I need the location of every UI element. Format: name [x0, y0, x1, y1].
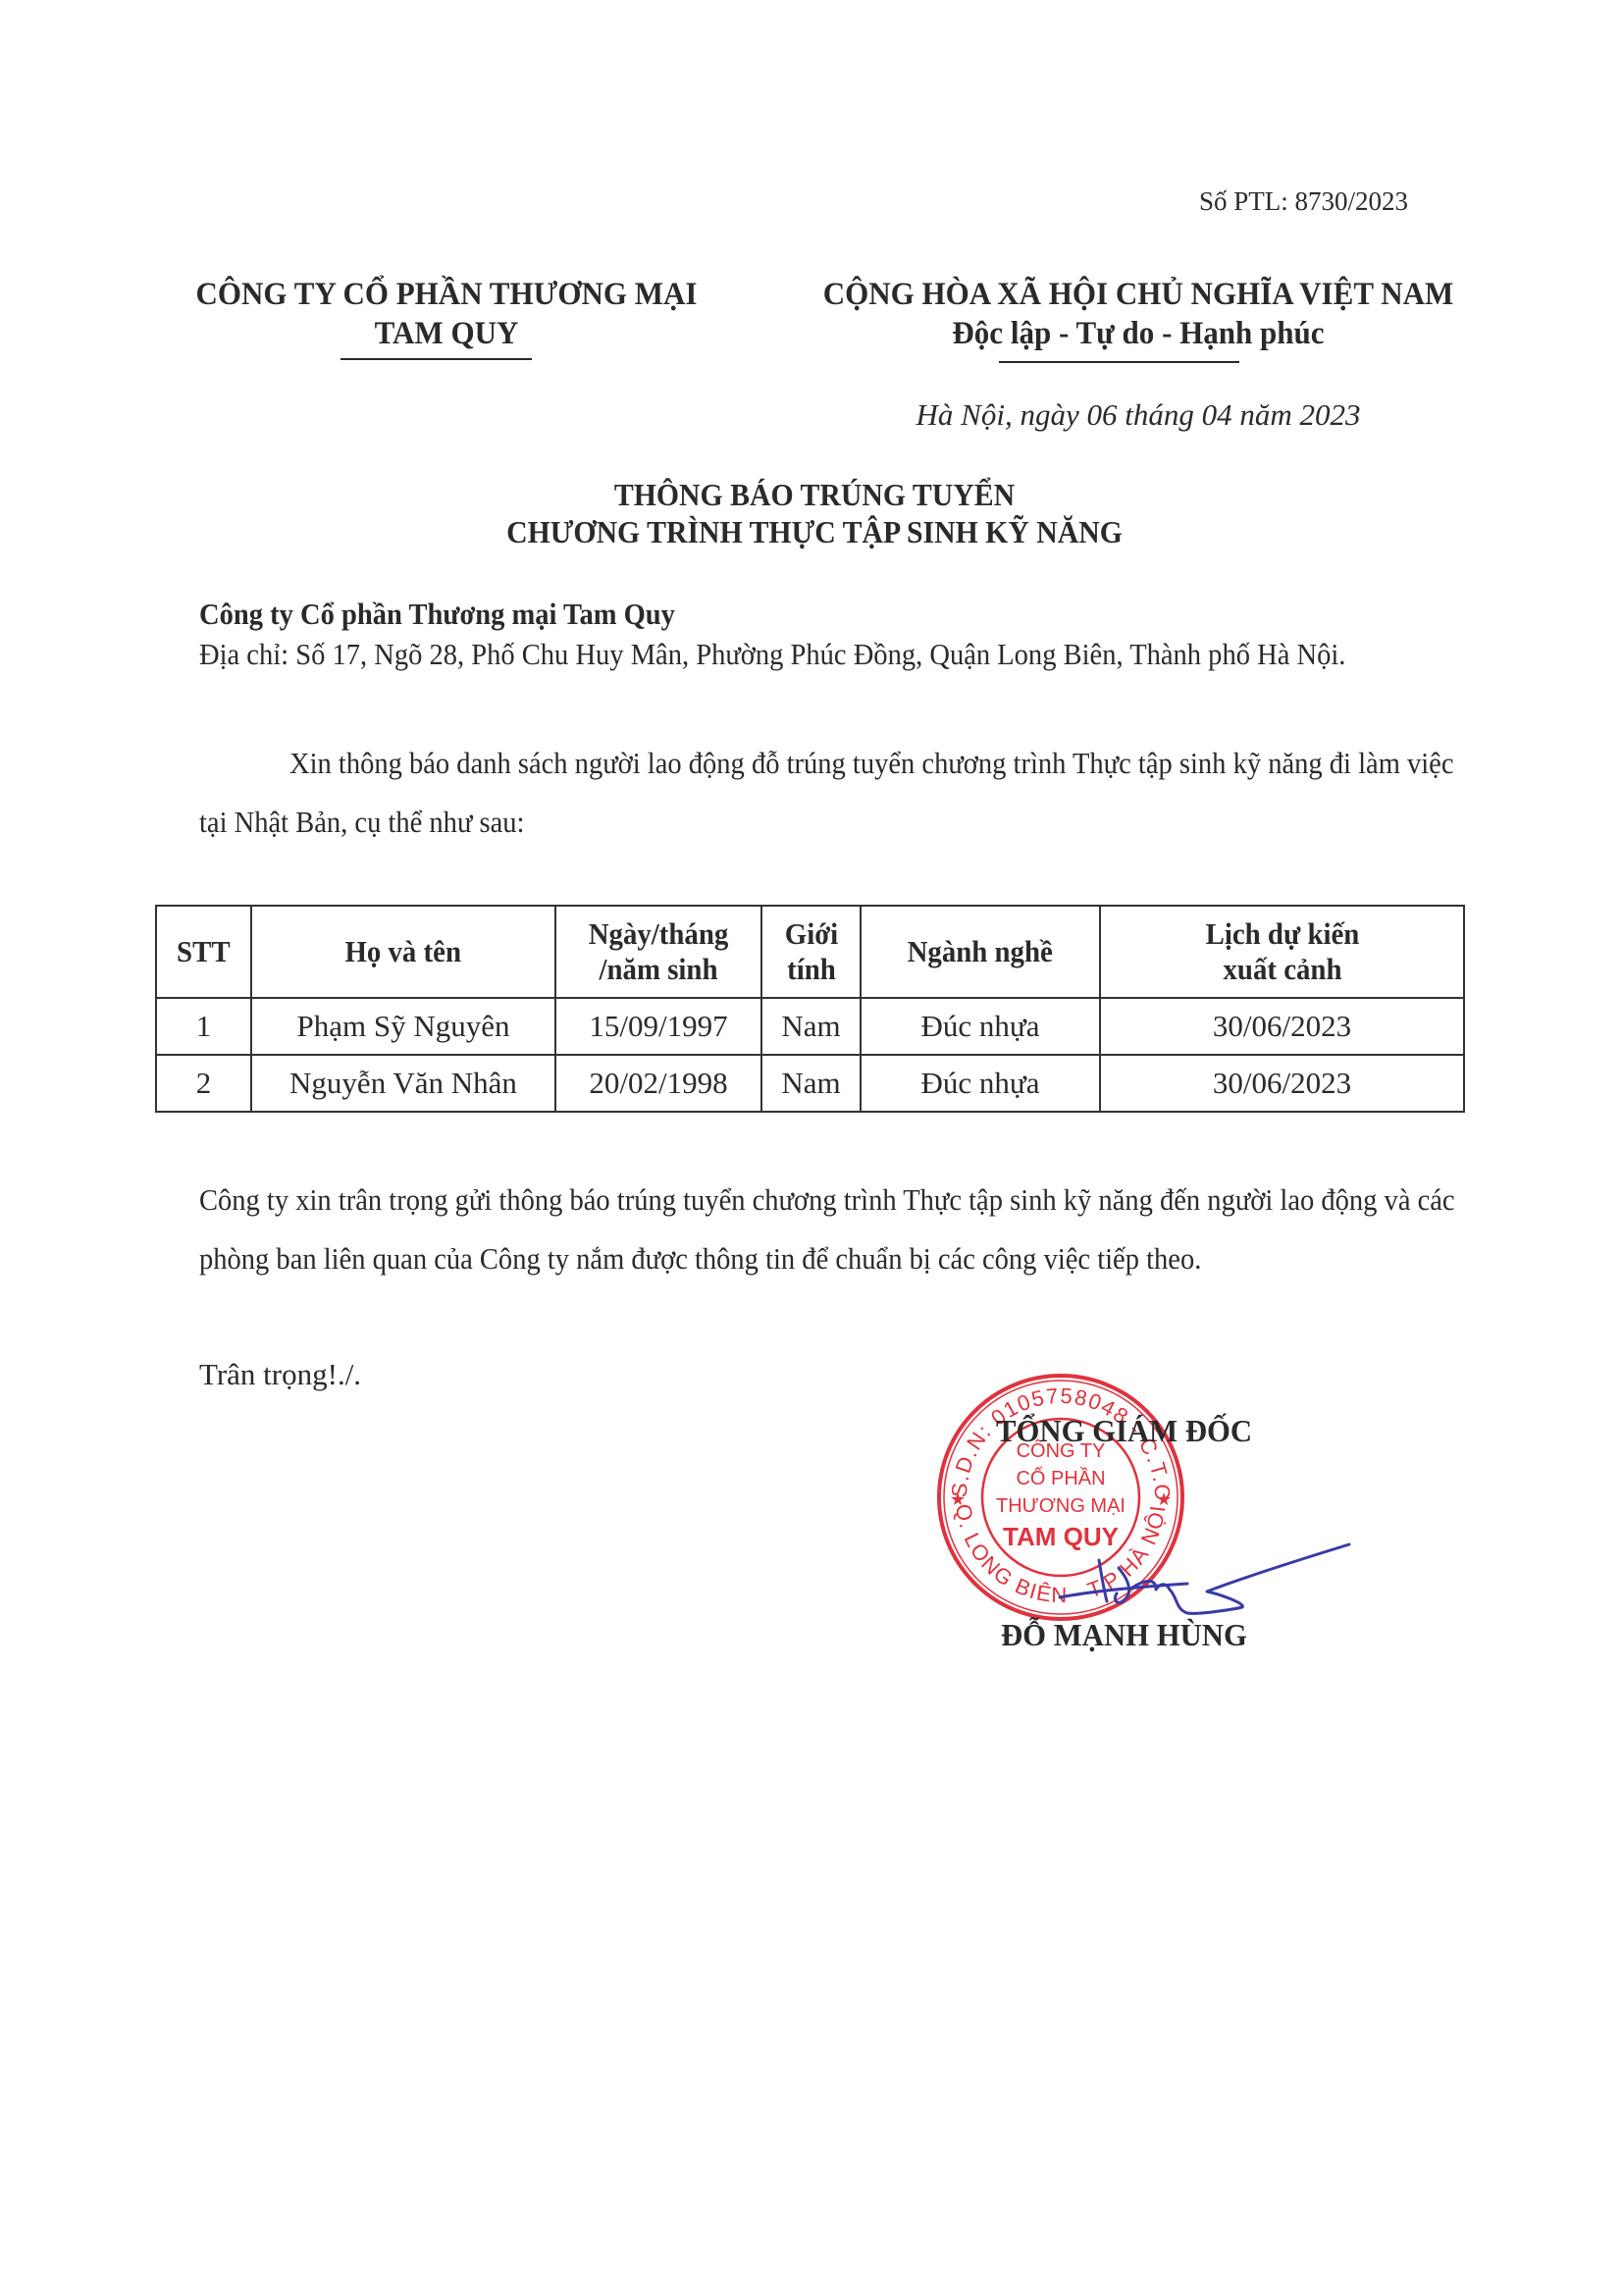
- header-departure-date: Lịch dự kiến xuất cảnh: [1100, 906, 1464, 998]
- signatory-name: ĐỖ MẠNH HÙNG: [1001, 1617, 1247, 1653]
- cell-full-name: Phạm Sỹ Nguyên: [251, 998, 555, 1055]
- stamp-star-right-icon: ★: [1156, 1489, 1172, 1509]
- header-full-name: Họ và tên: [251, 906, 555, 998]
- intro-paragraph: Xin thông báo danh sách người lao động đ…: [199, 734, 1463, 852]
- header-birth-date: Ngày/tháng /năm sinh: [555, 906, 761, 998]
- regards: Trân trọng!./.: [199, 1357, 361, 1392]
- document-title: THÔNG BÁO TRÚNG TUYỂN CHƯƠNG TRÌNH THỰC …: [358, 476, 1271, 550]
- title-line1: THÔNG BÁO TRÚNG TUYỂN: [358, 476, 1271, 513]
- title-line2: CHƯƠNG TRÌNH THỰC TẬP SINH KỸ NĂNG: [358, 513, 1271, 550]
- header-occupation: Ngành nghề: [861, 906, 1100, 998]
- nation-header-motto: Độc lập - Tự do - Hạnh phúc: [788, 314, 1489, 353]
- company-header-underline: [340, 358, 532, 360]
- company-header: CÔNG TY CỔ PHẦN THƯƠNG MẠI TAM QUY: [156, 275, 737, 353]
- cell-birth-date: 20/02/1998: [555, 1055, 761, 1112]
- table-row: 1Phạm Sỹ Nguyên15/09/1997NamĐúc nhựa30/0…: [156, 998, 1464, 1055]
- closing-paragraph: Công ty xin trân trọng gửi thông báo trú…: [199, 1171, 1463, 1288]
- place-date: Hà Nội, ngày 06 tháng 04 năm 2023: [864, 397, 1413, 433]
- nation-header-underline: [999, 361, 1239, 363]
- recruitment-table: STT Họ và tên Ngày/tháng /năm sinh Giới …: [155, 905, 1465, 1113]
- company-header-line1: CÔNG TY CỔ PHẦN THƯƠNG MẠI: [156, 275, 737, 314]
- cell-departure-date: 30/06/2023: [1100, 1055, 1464, 1112]
- cell-birth-date: 15/09/1997: [555, 998, 761, 1055]
- cell-occupation: Đúc nhựa: [861, 998, 1100, 1055]
- stamp-center-line2: CỔ PHẦN: [1016, 1466, 1105, 1489]
- signatory-title: TỔNG GIÁM ĐỐC: [996, 1413, 1252, 1449]
- cell-gender: Nam: [761, 998, 861, 1055]
- cell-departure-date: 30/06/2023: [1100, 998, 1464, 1055]
- nation-header: CỘNG HÒA XÃ HỘI CHỦ NGHĨA VIỆT NAM Độc l…: [788, 275, 1489, 353]
- stamp-star-left-icon: ★: [950, 1489, 966, 1509]
- header-gender: Giới tính: [761, 906, 861, 998]
- table-header-row: STT Họ và tên Ngày/tháng /năm sinh Giới …: [156, 906, 1464, 998]
- cell-full-name: Nguyễn Văn Nhân: [251, 1055, 555, 1112]
- header-stt: STT: [156, 906, 251, 998]
- nation-header-line1: CỘNG HÒA XÃ HỘI CHỦ NGHĨA VIỆT NAM: [788, 275, 1489, 314]
- cell-occupation: Đúc nhựa: [861, 1055, 1100, 1112]
- document-number: Số PTL: 8730/2023: [1199, 186, 1408, 217]
- cell-gender: Nam: [761, 1055, 861, 1112]
- table-row: 2Nguyễn Văn Nhân20/02/1998NamĐúc nhựa30/…: [156, 1055, 1464, 1112]
- cell-stt: 1: [156, 998, 251, 1055]
- intro-text: Xin thông báo danh sách người lao động đ…: [199, 746, 1454, 839]
- handwritten-signature: [1050, 1511, 1364, 1619]
- company-header-line2: TAM QUY: [156, 314, 737, 353]
- recipient-address: Địa chỉ: Số 17, Ngõ 28, Phố Chu Huy Mân,…: [199, 628, 1463, 681]
- cell-stt: 2: [156, 1055, 251, 1112]
